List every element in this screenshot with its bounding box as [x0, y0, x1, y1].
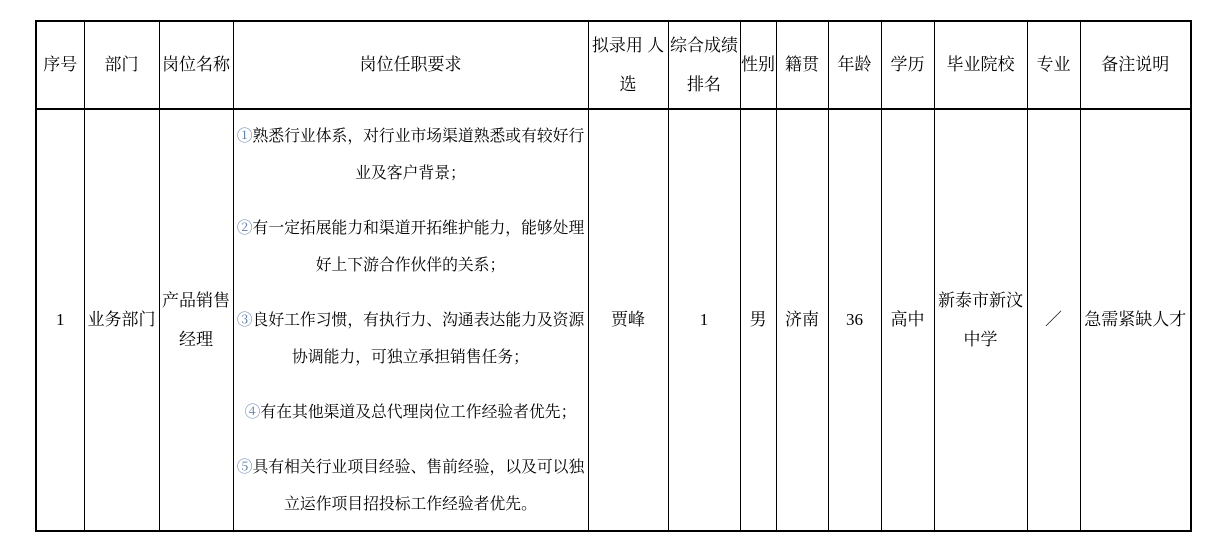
table-row: 1 业务部门 产品销售经理 ①熟悉行业体系，对行业市场渠道熟悉或有较好行业及客户…: [36, 109, 1191, 531]
cell-age: 36: [828, 109, 881, 531]
col-header-education: 学历: [881, 21, 934, 109]
requirement-paragraph: ①熟悉行业体系，对行业市场渠道熟悉或有较好行业及客户背景；: [234, 118, 588, 192]
cell-native-place: 济南: [776, 109, 828, 531]
circled-number-marker: ⑤: [237, 459, 253, 476]
cell-education: 高中: [881, 109, 934, 531]
col-header-requirements: 岗位任职要求: [233, 21, 588, 109]
col-header-position: 岗位名称: [159, 21, 233, 109]
cell-position: 产品销售经理: [159, 109, 233, 531]
col-header-age: 年龄: [828, 21, 881, 109]
cell-gender: 男: [740, 109, 776, 531]
col-header-native-place: 籍贯: [776, 21, 828, 109]
cell-rank: 1: [668, 109, 740, 531]
header-row: 序号 部门 岗位名称 岗位任职要求 拟录用 人选 综合成绩排名 性别 籍贯 年龄…: [36, 21, 1191, 109]
col-header-school: 毕业院校: [934, 21, 1027, 109]
col-header-department: 部门: [84, 21, 159, 109]
col-header-gender: 性别: [740, 21, 776, 109]
cell-candidate: 贾峰: [588, 109, 668, 531]
circled-number-marker: ②: [237, 220, 253, 237]
col-header-candidate: 拟录用 人选: [588, 21, 668, 109]
circled-number-marker: ④: [245, 404, 261, 421]
circled-number-marker: ③: [237, 312, 253, 329]
circled-number-marker: ①: [237, 128, 253, 145]
requirement-paragraph: ③良好工作习惯，有执行力、沟通表达能力及资源协调能力，可独立承担销售任务；: [234, 302, 588, 376]
cell-remarks: 急需紧缺人才: [1080, 109, 1191, 531]
cell-requirements: ①熟悉行业体系，对行业市场渠道熟悉或有较好行业及客户背景；②有一定拓展能力和渠道…: [233, 109, 588, 531]
recruitment-table: 序号 部门 岗位名称 岗位任职要求 拟录用 人选 综合成绩排名 性别 籍贯 年龄…: [35, 20, 1192, 532]
col-header-remarks: 备注说明: [1080, 21, 1191, 109]
requirement-paragraph: ②有一定拓展能力和渠道开拓维护能力，能够处理好上下游合作伙伴的关系；: [234, 210, 588, 284]
page: 序号 部门 岗位名称 岗位任职要求 拟录用 人选 综合成绩排名 性别 籍贯 年龄…: [0, 0, 1214, 545]
cell-major: ／: [1027, 109, 1080, 531]
requirement-paragraph: ④有在其他渠道及总代理岗位工作经验者优先；: [234, 394, 588, 431]
col-header-rank: 综合成绩排名: [668, 21, 740, 109]
cell-department: 业务部门: [84, 109, 159, 531]
col-header-serial: 序号: [36, 21, 84, 109]
cell-school: 新泰市新汶中学: [934, 109, 1027, 531]
cell-serial: 1: [36, 109, 84, 531]
col-header-major: 专业: [1027, 21, 1080, 109]
requirement-paragraph: ⑤具有相关行业项目经验、售前经验，以及可以独立运作项目招投标工作经验者优先。: [234, 449, 588, 523]
